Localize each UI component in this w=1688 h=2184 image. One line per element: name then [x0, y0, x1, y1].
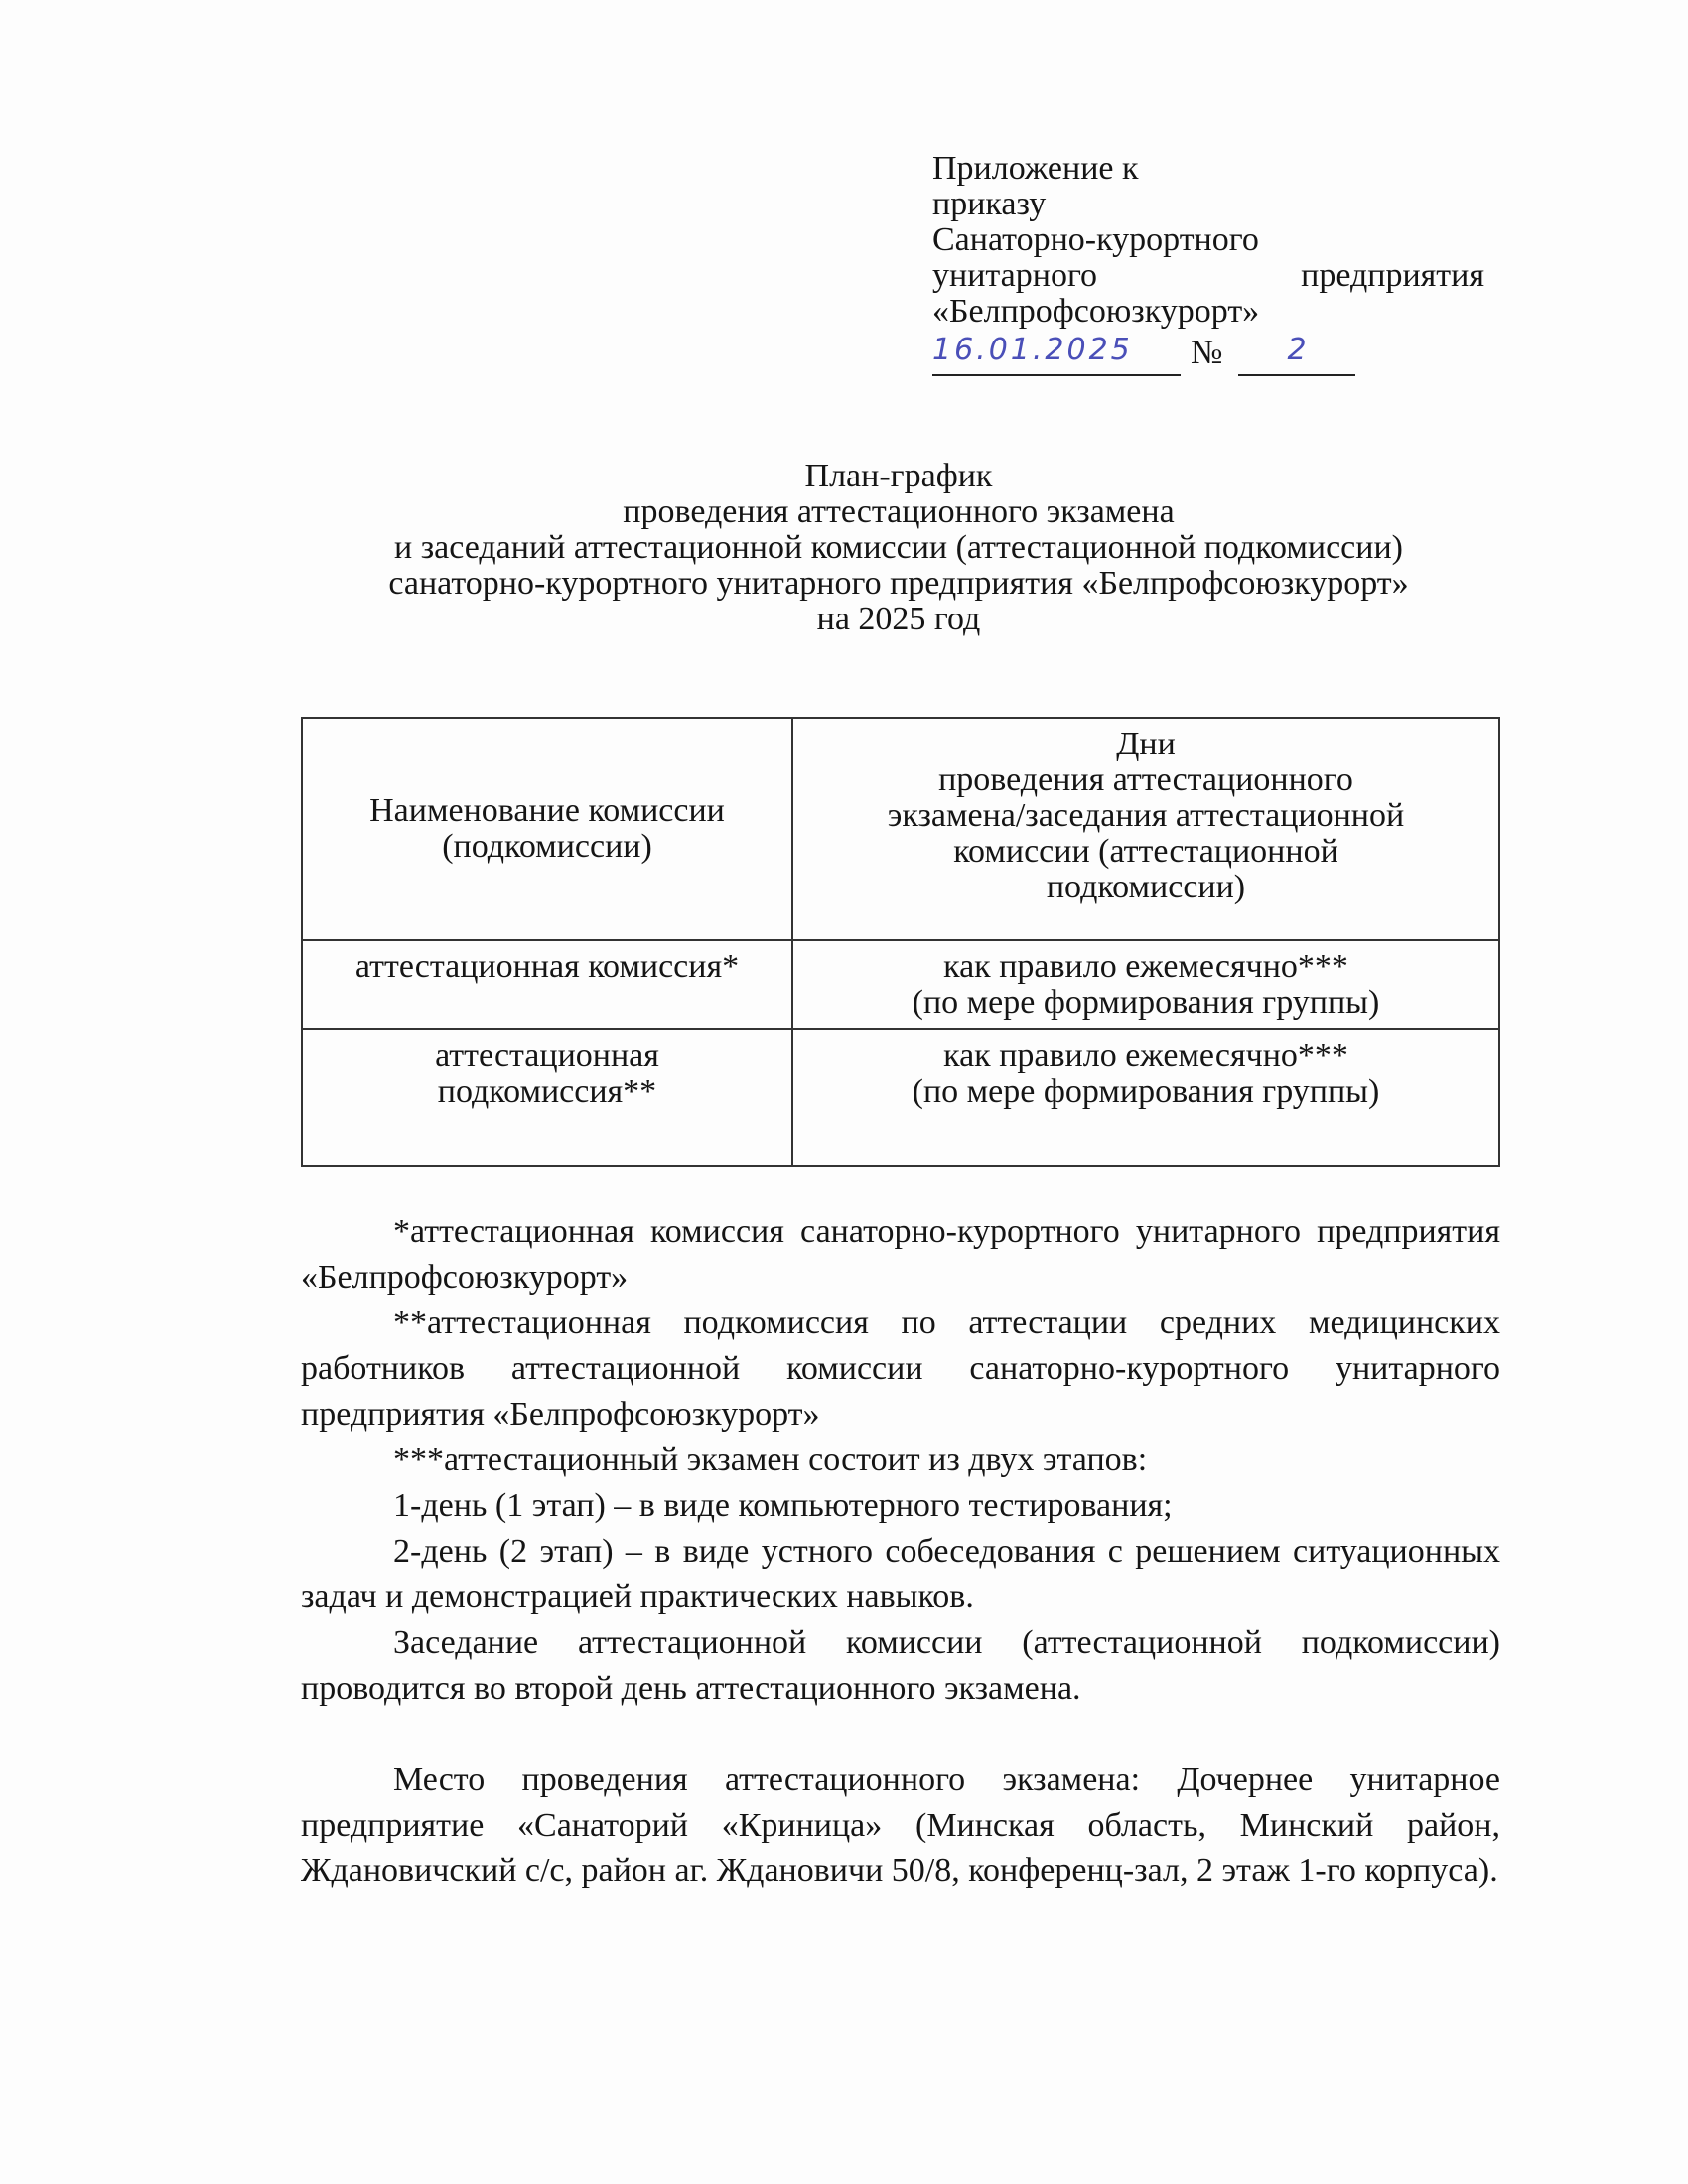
footnote-2: **аттестационная подкомиссия по аттестац…: [301, 1300, 1500, 1437]
exam-location: Место проведения аттестационного экзамен…: [301, 1757, 1500, 1894]
title-line: санаторно-курортного унитарного предприя…: [298, 566, 1499, 602]
header-text: проведения аттестационного: [803, 762, 1488, 798]
cell-text: как правило ежемесячно***: [803, 1038, 1488, 1074]
appendix-line: Приложение к: [932, 151, 1484, 187]
header-commission-name: Наименование комиссии (подкомиссии): [302, 718, 792, 940]
header-text: Дни: [803, 727, 1488, 762]
cell-text: аттестационная комиссия*: [313, 949, 781, 985]
header-text: (подкомиссии): [313, 829, 781, 865]
cell-text: подкомиссия**: [313, 1074, 781, 1110]
table-row: аттестационная подкомиссия** как правило…: [302, 1029, 1499, 1166]
appendix-word: унитарного: [932, 258, 1097, 294]
document-page: Приложение к приказу Санаторно-курортног…: [0, 0, 1688, 2184]
order-date: 16.01.2025: [932, 333, 1181, 376]
meeting-note: Заседание аттестационной комиссии (аттес…: [301, 1620, 1500, 1711]
title-line: проведения аттестационного экзамена: [298, 494, 1499, 530]
cell-text: (по мере формирования группы): [803, 1074, 1488, 1110]
appendix-line: приказу: [932, 187, 1484, 222]
title-line: План-график: [298, 459, 1499, 494]
appendix-line: унитарного предприятия: [932, 258, 1484, 294]
header-text: экзамена/заседания аттестационной: [803, 798, 1488, 834]
appendix-header: Приложение к приказу Санаторно-курортног…: [932, 151, 1484, 330]
cell-text: (по мере формирования группы): [803, 985, 1488, 1021]
footnote-3: ***аттестационный экзамен состоит из дву…: [301, 1437, 1500, 1483]
header-text: комиссии (аттестационной: [803, 834, 1488, 870]
footnotes: *аттестационная комиссия санаторно-курор…: [301, 1209, 1500, 1894]
schedule-table: Наименование комиссии (подкомиссии) Дни …: [301, 717, 1500, 1167]
number-sign: №: [1191, 335, 1222, 372]
cell-text: аттестационная: [313, 1038, 781, 1074]
stage-1: 1-день (1 этап) – в виде компьютерного т…: [301, 1483, 1500, 1529]
appendix-line: Санаторно-курортного: [932, 222, 1484, 258]
header-days: Дни проведения аттестационного экзамена/…: [792, 718, 1499, 940]
cell-name: аттестационная комиссия*: [302, 940, 792, 1029]
table-row: аттестационная комиссия* как правило еже…: [302, 940, 1499, 1029]
header-text: подкомиссии): [803, 870, 1488, 905]
header-text: Наименование комиссии: [313, 793, 781, 829]
title-line: и заседаний аттестационной комиссии (атт…: [298, 530, 1499, 566]
title-line: на 2025 год: [298, 602, 1499, 637]
table-header-row: Наименование комиссии (подкомиссии) Дни …: [302, 718, 1499, 940]
appendix-line: «Белпрофсоюзкурорт»: [932, 294, 1484, 330]
cell-days: как правило ежемесячно*** (по мере форми…: [792, 940, 1499, 1029]
order-date-number: 16.01.2025 № 2: [932, 333, 1359, 378]
cell-days: как правило ежемесячно*** (по мере форми…: [792, 1029, 1499, 1166]
appendix-word: предприятия: [1301, 258, 1484, 294]
cell-name: аттестационная подкомиссия**: [302, 1029, 792, 1166]
cell-text: как правило ежемесячно***: [803, 949, 1488, 985]
stage-2: 2-день (2 этап) – в виде устного собесед…: [301, 1529, 1500, 1620]
order-number: 2: [1238, 333, 1355, 376]
footnote-1: *аттестационная комиссия санаторно-курор…: [301, 1209, 1500, 1300]
document-title: План-график проведения аттестационного э…: [298, 459, 1499, 637]
